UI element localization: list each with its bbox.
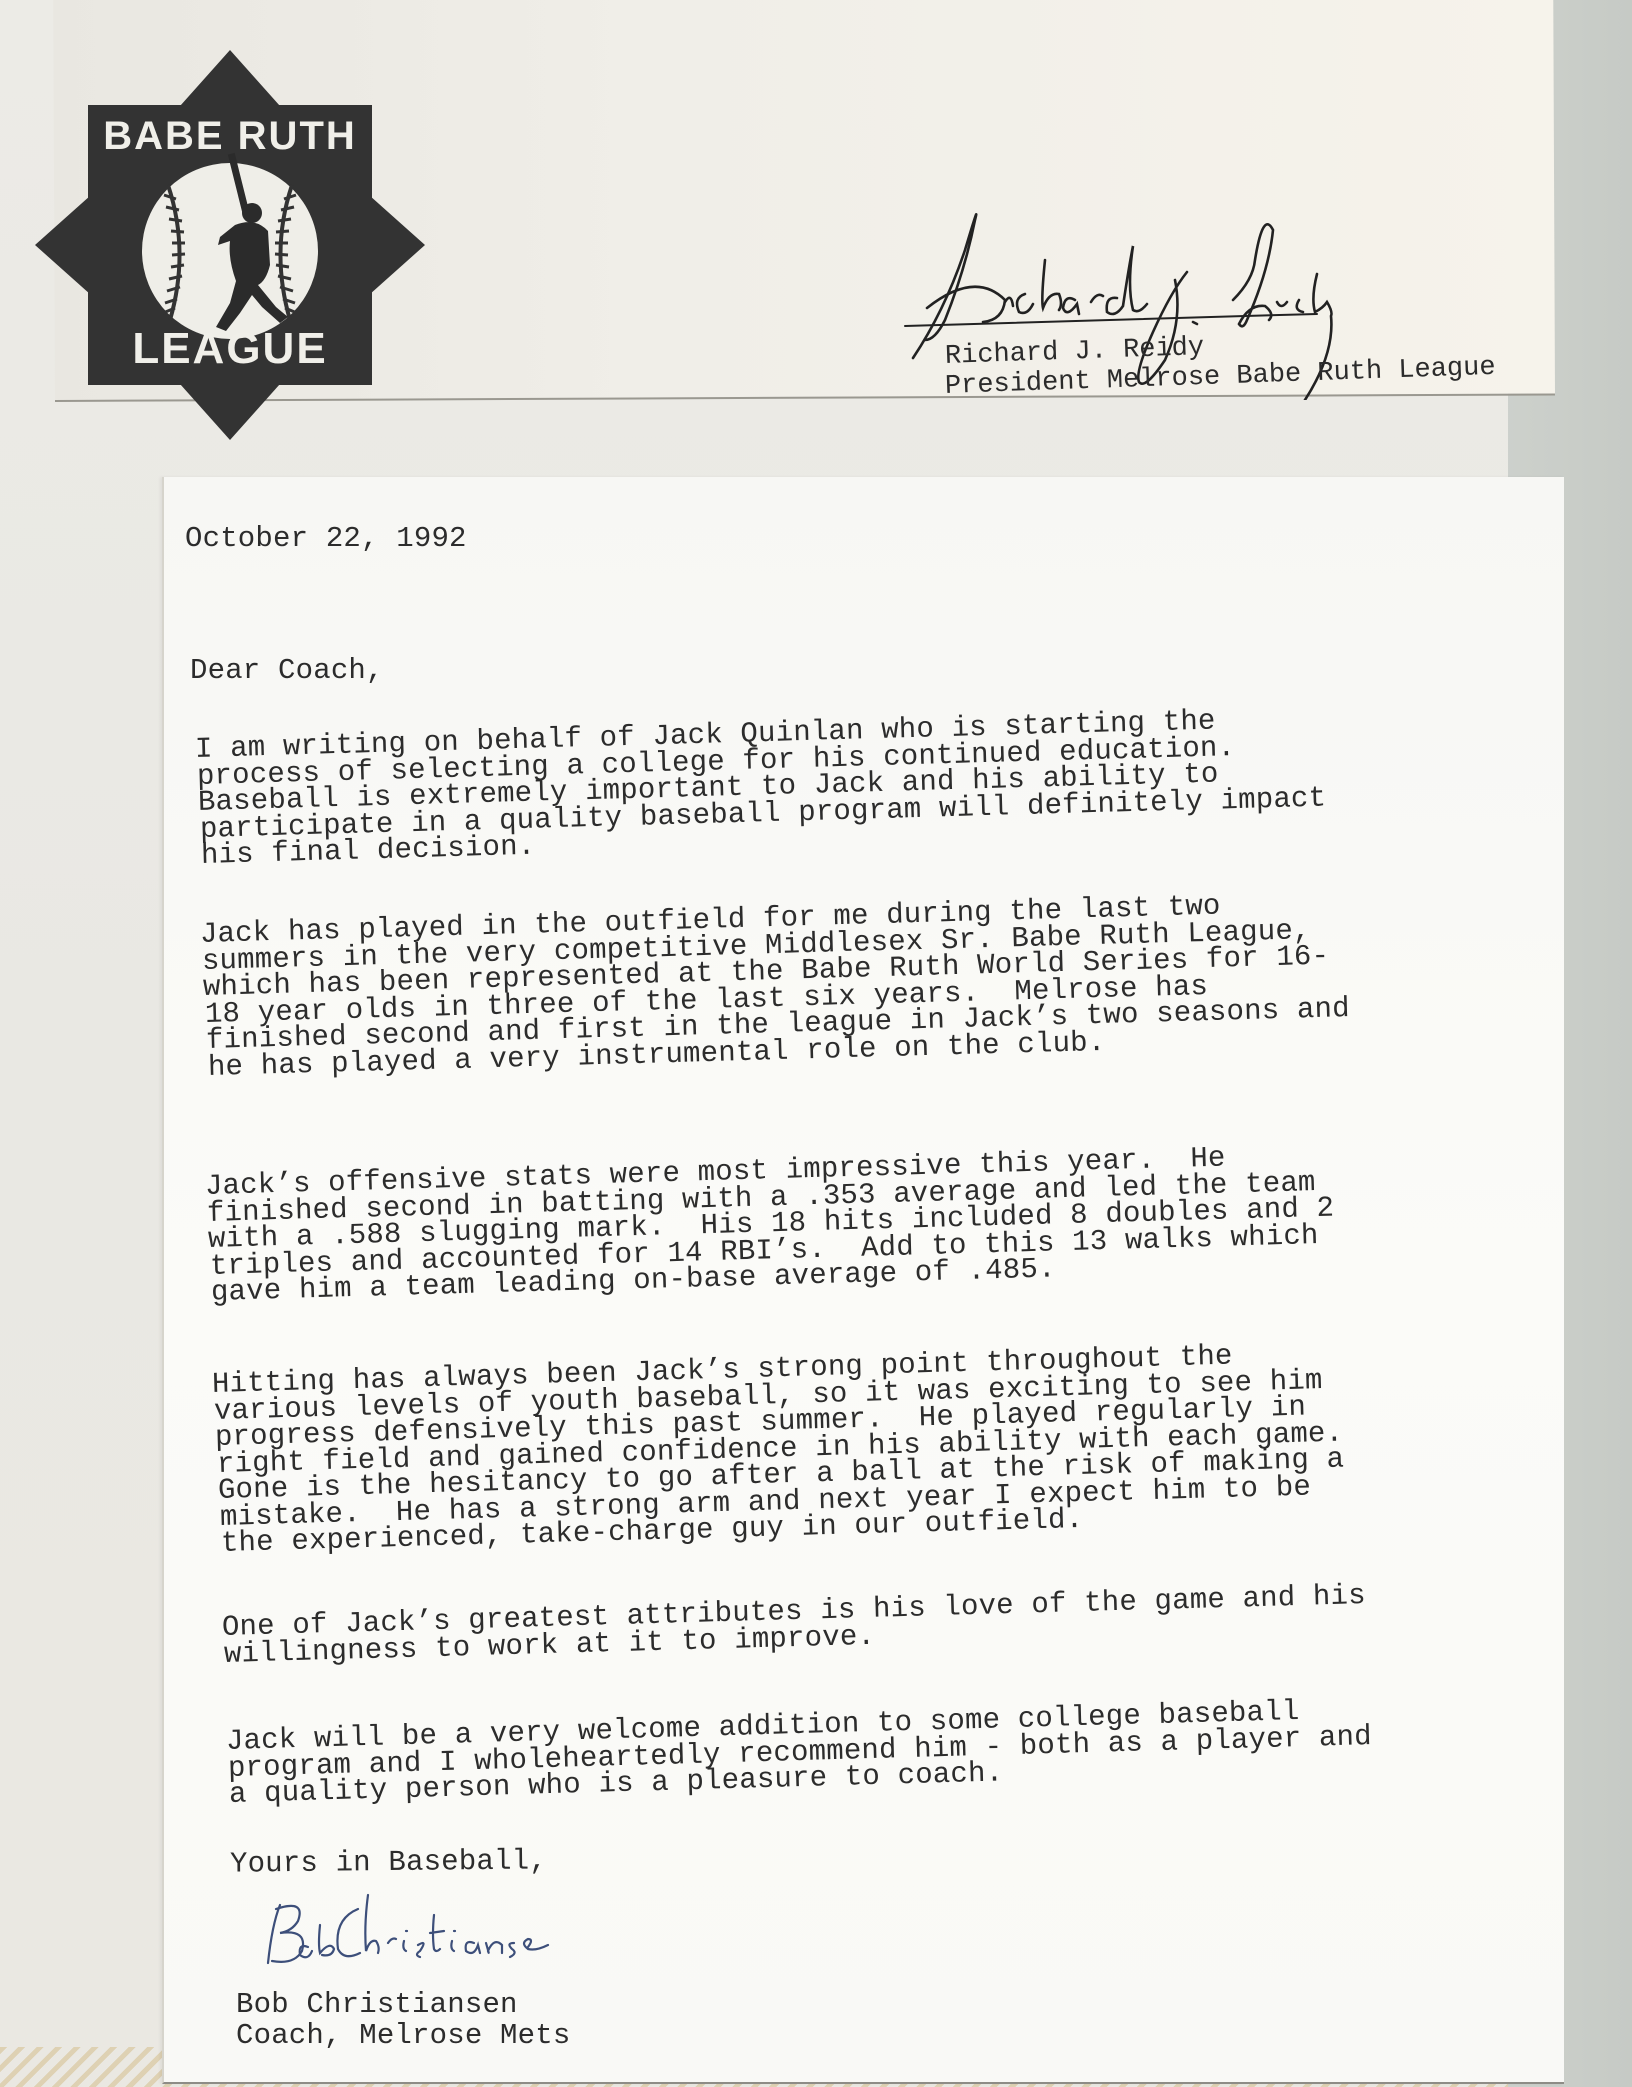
letter-signer-title: Coach, Melrose Mets	[236, 2019, 570, 2052]
letter-salutation: Dear Coach,	[190, 654, 384, 687]
bob-christiansen-signature-icon	[258, 1885, 558, 1975]
letter-date: October 22, 1992	[185, 522, 467, 555]
letter-closing: Yours in Baseball,	[230, 1844, 547, 1880]
logo-bottom-text: LEAGUE	[132, 324, 327, 373]
babe-ruth-league-logo-icon: BABE RUTH LEAGUE	[30, 45, 430, 445]
logo-top-text: BABE RUTH	[103, 114, 357, 158]
letter-signer-name: Bob Christiansen	[236, 1988, 518, 2021]
